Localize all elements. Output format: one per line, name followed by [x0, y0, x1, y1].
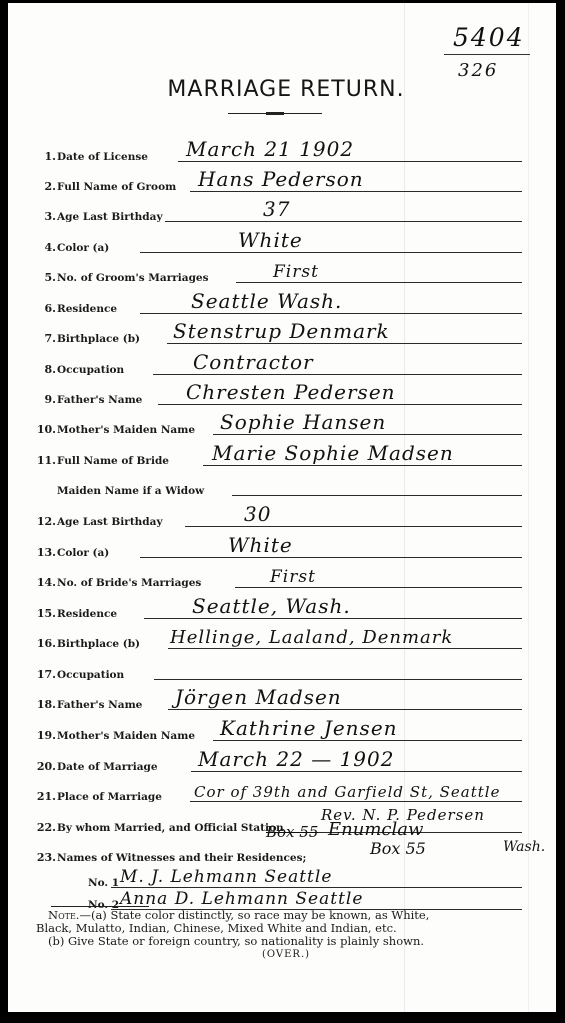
field-underline [154, 679, 522, 680]
field-number: 16. [30, 637, 56, 650]
field-value: Sophie Hansen [220, 410, 386, 434]
field-value: Seattle Wash. [191, 289, 342, 313]
field-label: Mother's Maiden Name [57, 424, 195, 436]
field-value: Hellinge, Laaland, Denmark [170, 627, 453, 648]
field-value: Anna D. Lehmann Seattle [120, 889, 363, 909]
form-field-row: Maiden Name if a Widow [8, 469, 556, 499]
field-underline [144, 618, 522, 619]
field-label: Father's Name [57, 394, 142, 406]
field-value: Kathrine Jensen [220, 716, 398, 740]
document-title: MARRIAGE RETURN. [8, 77, 556, 102]
field-number: 19. [30, 729, 56, 742]
official-station-town: Enumclaw [328, 819, 423, 840]
field-label: Birthplace (b) [57, 638, 140, 650]
field-value: Stenstrup Denmark [173, 319, 390, 343]
file-number-top: 5404 [453, 23, 525, 52]
field-label: Date of Marriage [57, 761, 158, 773]
field-underline [168, 648, 522, 649]
field-underline [213, 434, 522, 435]
form-field-row: 5.No. of Groom's MarriagesFirst [8, 256, 556, 286]
field-underline [140, 252, 522, 253]
field-label: Color (a) [57, 547, 109, 559]
field-value: March 21 1902 [186, 137, 354, 161]
field-number: 4. [30, 241, 56, 254]
form-field-row: 2.Full Name of GroomHans Pederson [8, 165, 556, 195]
form-field-row: 7.Birthplace (b)Stenstrup Denmark [8, 317, 556, 347]
field-label: Age Last Birthday [57, 211, 163, 223]
note-line-3: (b) Give State or foreign country, so na… [36, 935, 536, 948]
field-label: No. of Bride's Marriages [57, 577, 201, 589]
form-field-row: 11.Full Name of BrideMarie Sophie Madsen [8, 439, 556, 469]
official-station-struck: Box 55 [266, 823, 318, 841]
form-field-row: 17.Occupation [8, 653, 556, 683]
field-underline [185, 526, 522, 527]
form-field-row: 13.Color (a)White [8, 531, 556, 561]
field-value: First [270, 567, 316, 587]
field-number: 8. [30, 363, 56, 376]
field-underline [168, 709, 522, 710]
form-field-row: 21.Place of MarriageCor of 39th and Garf… [8, 775, 556, 805]
field-value: First [273, 262, 319, 282]
footnote: Note.—(a) State color distinctly, so rac… [36, 909, 536, 961]
field-value: Seattle, Wash. [192, 594, 351, 618]
field-underline [140, 557, 522, 558]
field-number: 5. [30, 271, 56, 284]
field-value: March 22 — 1902 [198, 747, 394, 771]
form-field-row: 3.Age Last Birthday37 [8, 195, 556, 225]
field-number: 10. [30, 423, 56, 436]
field-underline [158, 404, 522, 405]
form-field-row: 14.No. of Bride's MarriagesFirst [8, 561, 556, 591]
field-underline [190, 191, 522, 192]
field-number: 20. [30, 760, 56, 773]
form-field-row: 6.ResidenceSeattle Wash. [8, 287, 556, 317]
field-underline [232, 495, 522, 496]
field-underline [213, 740, 522, 741]
field-underline [153, 374, 522, 375]
note-line-1: —(a) State color distinctly, so race may… [79, 908, 429, 922]
field-underline [191, 771, 522, 772]
field-label: Birthplace (b) [57, 333, 140, 345]
field-number: 14. [30, 576, 56, 589]
field-value: 30 [244, 502, 271, 526]
field-number: 21. [30, 790, 56, 803]
field-value: Marie Sophie Madsen [212, 441, 454, 465]
field-underline [203, 465, 522, 466]
field-label: Residence [57, 303, 117, 315]
field-value: Cor of 39th and Garfield St, Seattle [194, 783, 500, 801]
field-label: Occupation [57, 669, 124, 681]
official-station-state: Wash. [503, 839, 545, 855]
field-label: No. of Groom's Marriages [57, 272, 209, 284]
field-label: Father's Name [57, 699, 142, 711]
field-number: 9. [30, 393, 56, 406]
form-field-row: 20.Date of MarriageMarch 22 — 1902 [8, 745, 556, 775]
official-station-box: Box 55 [370, 839, 426, 858]
file-number-divider [444, 54, 530, 55]
title-ornament-divider [228, 113, 322, 114]
form-field-row: 1.Date of LicenseMarch 21 1902 [8, 135, 556, 165]
form-field-row: 10.Mother's Maiden NameSophie Hansen [8, 408, 556, 438]
field-value: White [228, 533, 293, 557]
field-label: Full Name of Bride [57, 455, 169, 467]
field-underline [140, 313, 522, 314]
field-underline [165, 221, 522, 222]
field-number: 6. [30, 302, 56, 315]
field-value: Jörgen Madsen [175, 685, 342, 709]
field-label: Date of License [57, 151, 148, 163]
field-underline [178, 161, 522, 162]
field-label: Maiden Name if a Widow [57, 485, 204, 497]
form-field-row: 12.Age Last Birthday30 [8, 500, 556, 530]
field-label: Occupation [57, 364, 124, 376]
field-number: 12. [30, 515, 56, 528]
footnote-divider [51, 906, 149, 907]
field-number: 18. [30, 698, 56, 711]
form-field-row: 19.Mother's Maiden NameKathrine Jensen [8, 714, 556, 744]
field-underline [236, 282, 522, 283]
field-label: Mother's Maiden Name [57, 730, 195, 742]
field-number: 13. [30, 546, 56, 559]
field-underline [235, 587, 522, 588]
field-label: Age Last Birthday [57, 516, 163, 528]
field-number: 7. [30, 332, 56, 345]
field-value: Hans Pederson [198, 167, 364, 191]
field-label: Place of Marriage [57, 791, 162, 803]
over-marker: (OVER.) [36, 948, 536, 961]
field-number: 11. [30, 454, 56, 467]
note-label: Note. [48, 908, 79, 922]
field-underline [167, 343, 522, 344]
form-field-row: 16.Birthplace (b)Hellinge, Laaland, Denm… [8, 622, 556, 652]
field-number: 15. [30, 607, 56, 620]
field-underline [190, 801, 522, 802]
field-label: By whom Married, and Official Station [57, 822, 284, 834]
field-value: White [238, 228, 303, 252]
field-value: 37 [263, 197, 290, 221]
field-number: 17. [30, 668, 56, 681]
marriage-return-document: 5404 326 MARRIAGE RETURN. 1.Date of Lice… [8, 3, 556, 1012]
field-label: Full Name of Groom [57, 181, 176, 193]
form-field-row: 4.Color (a)White [8, 226, 556, 256]
field-number: 22. [30, 821, 56, 834]
field-number: 2. [30, 180, 56, 193]
field-label: Color (a) [57, 242, 109, 254]
form-field-row: 15.ResidenceSeattle, Wash. [8, 592, 556, 622]
field-number: 1. [30, 150, 56, 163]
form-field-row: 8.OccupationContractor [8, 348, 556, 378]
field-label: Residence [57, 608, 117, 620]
field-value: Contractor [193, 350, 314, 374]
field-value: Chresten Pedersen [186, 380, 396, 404]
field-number: 3. [30, 210, 56, 223]
form-field-row: 18.Father's NameJörgen Madsen [8, 683, 556, 713]
form-field-row: 9.Father's NameChresten Pedersen [8, 378, 556, 408]
